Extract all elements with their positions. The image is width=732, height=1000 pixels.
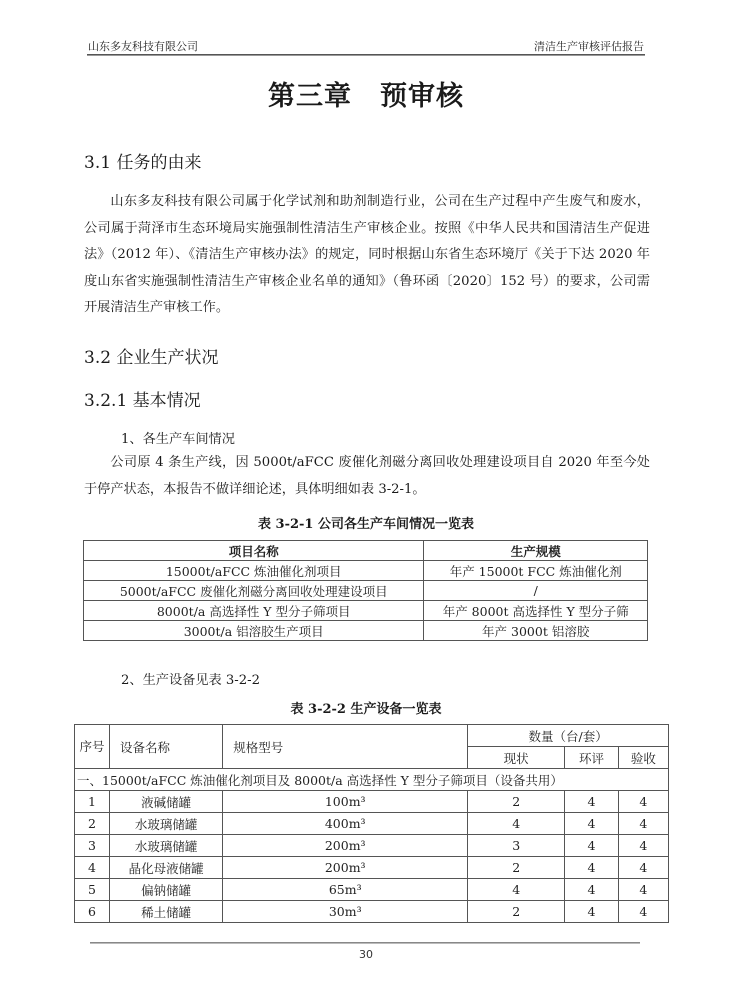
cell-eia: 4 <box>565 857 619 879</box>
section-heading-3-1: 3.1 任务的由来 <box>84 148 201 173</box>
cell-spec: 65m³ <box>223 879 468 901</box>
cell-eia: 4 <box>565 879 619 901</box>
list-item-equipment: 2、生产设备见表 3-2-2 <box>121 669 260 688</box>
paragraph-task-origin: 山东多友科技有限公司属于化学试剂和助剂制造行业，公司在生产过程中产生废气和废水，… <box>84 189 650 322</box>
cell-spec: 400m³ <box>223 813 468 835</box>
table-row: 4 晶化母液储罐 200m³ 2 4 4 <box>75 857 669 879</box>
cell-acceptance: 4 <box>618 813 668 835</box>
cell-equipment-name: 晶化母液储罐 <box>110 857 223 879</box>
table-caption-3-2-1: 表 3-2-1 公司各生产车间情况一览表 <box>0 513 732 532</box>
header-company-name: 山东多友科技有限公司 <box>88 38 198 54</box>
section-3-1-body: 山东多友科技有限公司属于化学试剂和助剂制造行业，公司在生产过程中产生废气和废水，… <box>84 189 650 322</box>
column-header-acceptance: 验收 <box>618 747 668 769</box>
cell-current: 3 <box>468 835 565 857</box>
section-heading-3-2-1: 3.2.1 基本情况 <box>84 386 201 411</box>
table-row: 2 水玻璃储罐 400m³ 4 4 4 <box>75 813 669 835</box>
table-row: 1 液碱储罐 100m³ 2 4 4 <box>75 791 669 813</box>
cell-eia: 4 <box>565 835 619 857</box>
table-row: 3 水玻璃储罐 200m³ 3 4 4 <box>75 835 669 857</box>
cell-acceptance: 4 <box>618 901 668 923</box>
page-number: 30 <box>0 948 732 961</box>
cell-equipment-name: 稀土储罐 <box>110 901 223 923</box>
header-divider <box>87 54 645 56</box>
chapter-title: 第三章 预审核 <box>0 74 732 113</box>
cell-acceptance: 4 <box>618 791 668 813</box>
header-report-title: 清洁生产审核评估报告 <box>534 38 644 54</box>
cell-project-name: 8000t/a 高选择性 Y 型分子筛项目 <box>84 601 424 621</box>
cell-seq: 1 <box>75 791 110 813</box>
cell-spec: 30m³ <box>223 901 468 923</box>
column-header-eia: 环评 <box>565 747 619 769</box>
table-row: 3000t/a 铝溶胶生产项目 年产 3000t 铝溶胶 <box>84 621 648 641</box>
table-header-row: 项目名称 生产规模 <box>84 541 648 561</box>
column-header-spec: 规格型号 <box>223 725 468 769</box>
section-heading-3-2: 3.2 企业生产状况 <box>84 343 218 368</box>
cell-current: 4 <box>468 813 565 835</box>
column-header-current: 现状 <box>468 747 565 769</box>
list-item-workshops: 1、各生产车间情况 <box>121 428 235 447</box>
column-header-quantity: 数量（台/套） <box>468 725 669 747</box>
cell-project-name: 3000t/a 铝溶胶生产项目 <box>84 621 424 641</box>
cell-acceptance: 4 <box>618 835 668 857</box>
table-row: 15000t/aFCC 炼油催化剂项目 年产 15000t FCC 炼油催化剂 <box>84 561 648 581</box>
cell-current: 4 <box>468 879 565 901</box>
cell-equipment-name: 偏钠储罐 <box>110 879 223 901</box>
table-row: 8000t/a 高选择性 Y 型分子筛项目 年产 8000t 高选择性 Y 型分… <box>84 601 648 621</box>
cell-equipment-name: 水玻璃储罐 <box>110 835 223 857</box>
cell-eia: 4 <box>565 813 619 835</box>
cell-production-scale: 年产 8000t 高选择性 Y 型分子筛 <box>424 601 648 621</box>
table-section-row: 一、15000t/aFCC 炼油催化剂项目及 8000t/a 高选择性 Y 型分… <box>75 769 669 791</box>
workshop-table: 项目名称 生产规模 15000t/aFCC 炼油催化剂项目 年产 15000t … <box>83 540 648 641</box>
table-row: 5 偏钠储罐 65m³ 4 4 4 <box>75 879 669 901</box>
cell-project-name: 15000t/aFCC 炼油催化剂项目 <box>84 561 424 581</box>
paragraph-production-lines: 公司原 4 条生产线，因 5000t/aFCC 废催化剂磁分离回收处理建设项目自… <box>84 450 650 503</box>
column-header-project-name: 项目名称 <box>84 541 424 561</box>
cell-spec: 200m³ <box>223 835 468 857</box>
cell-production-scale: / <box>424 581 648 601</box>
table-row: 5000t/aFCC 废催化剂磁分离回收处理建设项目 / <box>84 581 648 601</box>
cell-eia: 4 <box>565 901 619 923</box>
column-header-production-scale: 生产规模 <box>424 541 648 561</box>
cell-seq: 5 <box>75 879 110 901</box>
table-row: 6 稀土储罐 30m³ 2 4 4 <box>75 901 669 923</box>
cell-current: 2 <box>468 791 565 813</box>
section-row-label: 一、15000t/aFCC 炼油催化剂项目及 8000t/a 高选择性 Y 型分… <box>75 769 669 791</box>
footer-divider <box>90 942 640 944</box>
cell-spec: 200m³ <box>223 857 468 879</box>
cell-production-scale: 年产 3000t 铝溶胶 <box>424 621 648 641</box>
column-header-seq: 序号 <box>75 725 110 769</box>
cell-equipment-name: 液碱储罐 <box>110 791 223 813</box>
cell-acceptance: 4 <box>618 879 668 901</box>
cell-spec: 100m³ <box>223 791 468 813</box>
cell-equipment-name: 水玻璃储罐 <box>110 813 223 835</box>
cell-current: 2 <box>468 857 565 879</box>
cell-seq: 2 <box>75 813 110 835</box>
cell-production-scale: 年产 15000t FCC 炼油催化剂 <box>424 561 648 581</box>
equipment-table: 序号 设备名称 规格型号 数量（台/套） 现状 环评 验收 一、15000t/a… <box>74 724 669 923</box>
cell-seq: 6 <box>75 901 110 923</box>
cell-seq: 4 <box>75 857 110 879</box>
cell-acceptance: 4 <box>618 857 668 879</box>
cell-seq: 3 <box>75 835 110 857</box>
cell-current: 2 <box>468 901 565 923</box>
table-caption-3-2-2: 表 3-2-2 生产设备一览表 <box>0 698 732 717</box>
column-header-equipment-name: 设备名称 <box>110 725 223 769</box>
table-header-row: 序号 设备名称 规格型号 数量（台/套） <box>75 725 669 747</box>
cell-eia: 4 <box>565 791 619 813</box>
cell-project-name: 5000t/aFCC 废催化剂磁分离回收处理建设项目 <box>84 581 424 601</box>
section-3-2-1-body: 公司原 4 条生产线，因 5000t/aFCC 废催化剂磁分离回收处理建设项目自… <box>84 450 650 503</box>
